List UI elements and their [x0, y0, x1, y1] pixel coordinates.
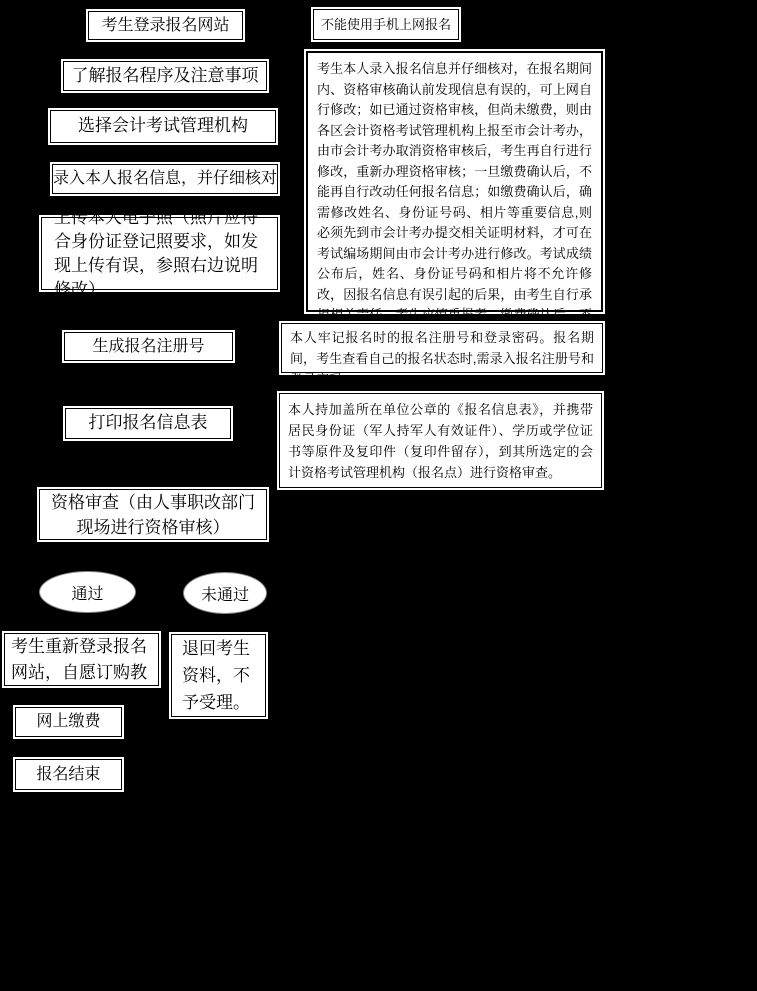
- node-understand-procedure: 了解报名程序及注意事项: [63, 61, 267, 91]
- node-qualification-review: 资格审查（由人事职改部门现场进行资格审核）: [39, 489, 267, 540]
- node-pay-online: 网上缴费: [15, 707, 122, 737]
- node-relogin-order: 考生重新登录报名网站，自愿订购教: [4, 633, 159, 686]
- node-generate-regno: 生成报名注册号: [64, 332, 233, 361]
- node-reject: 退回考生资料，不予受理。: [171, 634, 266, 717]
- registration-flowchart: 考生登录报名网站 了解报名程序及注意事项 选择会计考试管理机构 录入本人报名信息…: [0, 0, 757, 991]
- note-no-mobile: 不能使用手机上网报名: [313, 9, 459, 40]
- note-remember-regno: 本人牢记报名时的报名注册号和登录密码。报名期间，考生查看自己的报名状态时,需录入…: [281, 323, 603, 373]
- note-modify-rules: 考生本人录入报名信息并仔细核对，在报名期间内、资格审核确认前发现信息有误的，可上…: [306, 51, 603, 312]
- node-fail-ellipse: 未通过: [183, 572, 267, 614]
- node-login-website: 考生登录报名网站: [88, 11, 243, 40]
- node-finish: 报名结束: [15, 759, 122, 790]
- node-pass-ellipse: 通过: [39, 571, 136, 613]
- node-print-form: 打印报名信息表: [65, 408, 231, 439]
- node-enter-info: 录入本人报名信息，并仔细核对: [52, 164, 278, 194]
- node-choose-exam-org: 选择会计考试管理机构: [50, 110, 276, 143]
- note-onsite-review: 本人持加盖所在单位公章的《报名信息表》，并携带居民身份证（军人持军人有效证件）、…: [279, 393, 602, 488]
- node-upload-photo: 上传本人电子照（照片应符合身份证登记照要求，如发现上传有误，参照右边说明修改）: [41, 217, 278, 290]
